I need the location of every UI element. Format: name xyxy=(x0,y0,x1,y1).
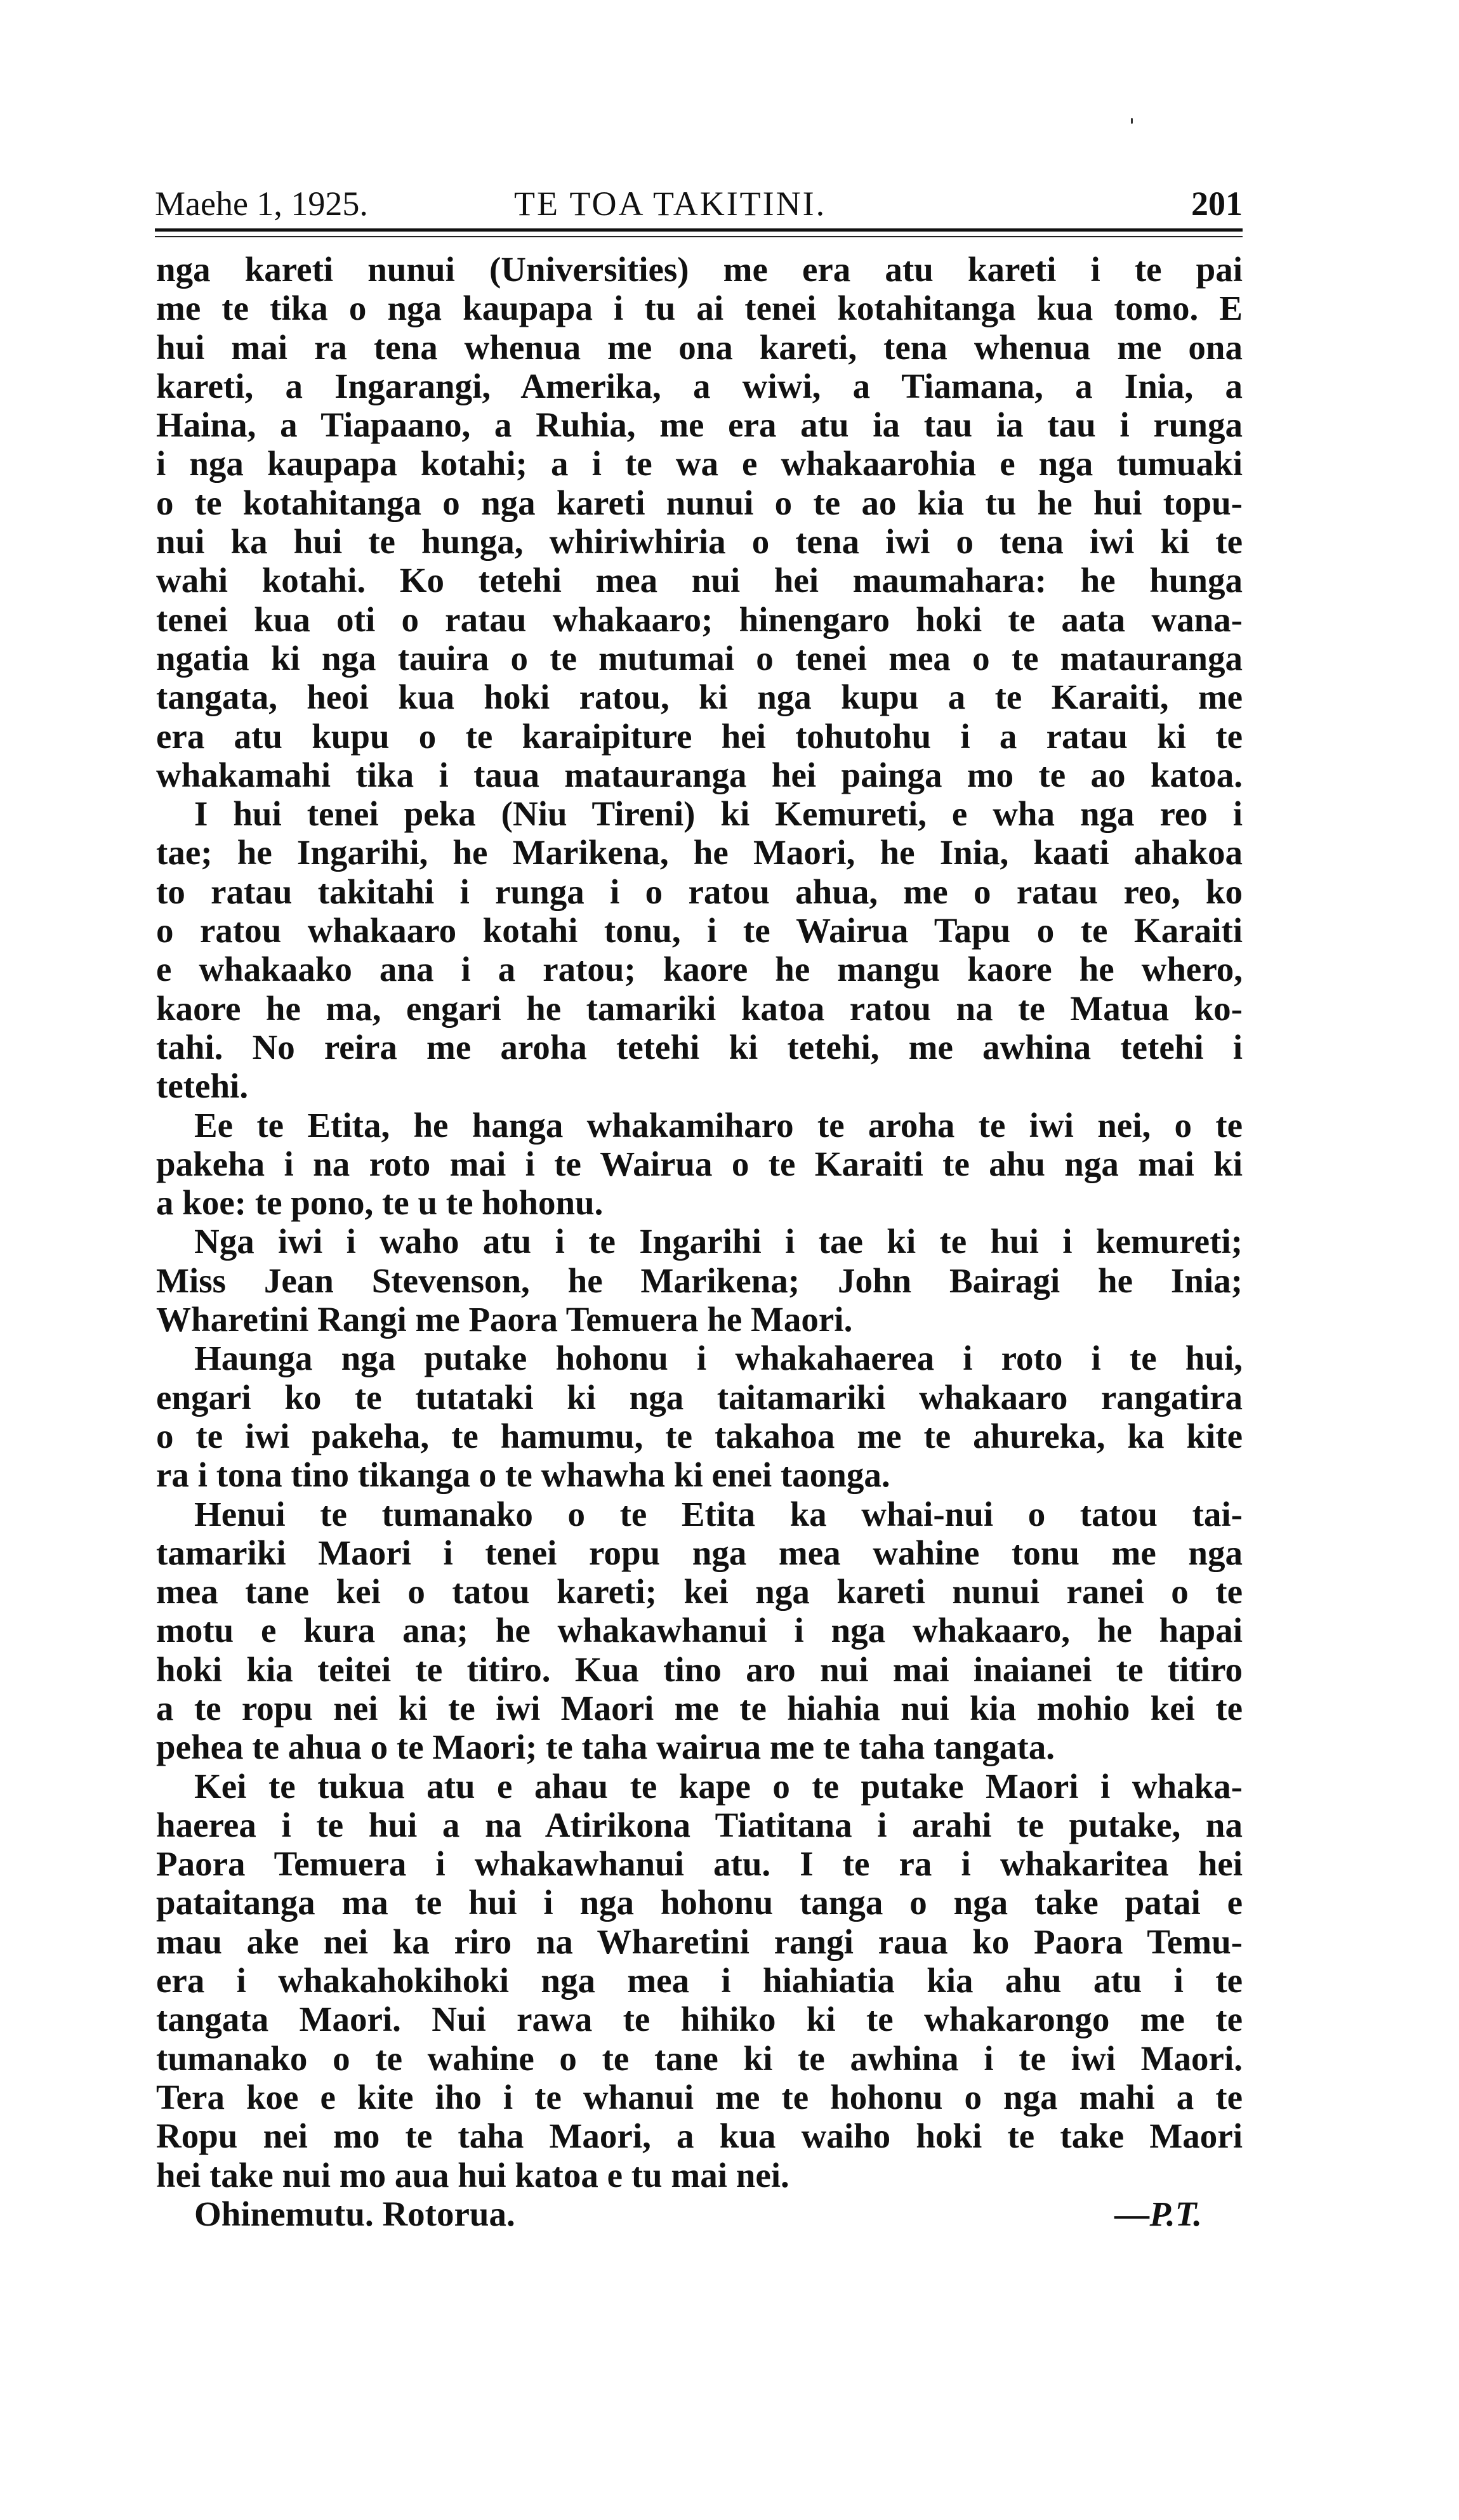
text-line: kareti, a Ingarangi, Amerika, a wiwi, a … xyxy=(156,367,1243,405)
text-line: Miss Jean Stevenson, he Marikena; John B… xyxy=(156,1261,1243,1300)
header-rule-thick xyxy=(155,228,1243,232)
text-line: o te iwi pakeha, te hamumu, te takahoa m… xyxy=(156,1417,1243,1455)
text-line: pataitanga ma te hui i nga hohonu tanga … xyxy=(156,1883,1243,1922)
text-line: Kei te tukua atu e ahau te kape o te put… xyxy=(156,1767,1243,1806)
text-line: kaore he ma, engari he tamariki katoa ra… xyxy=(156,989,1243,1028)
text-line: pehea te ahua o te Maori; te taha wairua… xyxy=(156,1728,1243,1766)
text-line: i nga kaupapa kotahi; a i te wa e whakaa… xyxy=(156,444,1243,483)
text-line: tangata Maori. Nui rawa te hihiko ki te … xyxy=(156,2000,1243,2038)
publication-title: TE TOA TAKITINI. xyxy=(514,184,826,223)
text-line: nui ka hui te hunga, whiriwhiria o tena … xyxy=(156,522,1243,561)
text-line: tahi. No reira me aroha tetehi ki tetehi… xyxy=(156,1028,1243,1066)
text-line: Ropu nei mo te taha Maori, a kua waiho h… xyxy=(156,2116,1243,2155)
signoff: Ohinemutu. Rotorua. —P.T. xyxy=(156,2195,1243,2233)
text-line: tetehi. xyxy=(156,1066,1243,1105)
text-line: Nga iwi i waho atu i te Ingarihi i tae k… xyxy=(156,1222,1243,1261)
print-speck xyxy=(1131,118,1133,124)
text-lines: nga kareti nunui (Universities) me era a… xyxy=(156,250,1243,2195)
text-line: tumanako o te wahine o te tane ki te awh… xyxy=(156,2039,1243,2078)
issue-date: Maehe 1, 1925. xyxy=(155,184,368,223)
page-number: 201 xyxy=(1191,184,1243,223)
signoff-place: Ohinemutu. Rotorua. xyxy=(194,2195,515,2233)
text-line: engari ko te tutataki ki nga taitamariki… xyxy=(156,1378,1243,1417)
text-line: I hui tenei peka (Niu Tireni) ki Kemuret… xyxy=(156,794,1243,833)
text-line: mau ake nei ka riro na Wharetini rangi r… xyxy=(156,1922,1243,1961)
text-line: ra i tona tino tikanga o te whawha ki en… xyxy=(156,1455,1243,1494)
text-line: tangata, heoi kua hoki ratou, ki nga kup… xyxy=(156,678,1243,716)
text-line: a te ropu nei ki te iwi Maori me te hiah… xyxy=(156,1689,1243,1728)
text-line: tenei kua oti o ratau whakaaro; hinengar… xyxy=(156,600,1243,639)
text-line: Haina, a Tiapaano, a Ruhia, me era atu i… xyxy=(156,405,1243,444)
text-line: nga kareti nunui (Universities) me era a… xyxy=(156,250,1243,289)
text-line: tamariki Maori i tenei ropu nga mea wahi… xyxy=(156,1533,1243,1572)
document-page: Maehe 1, 1925. TE TOA TAKITINI. 201 nga … xyxy=(0,0,1459,2520)
text-line: Henui te tumanako o te Etita ka whai-nui… xyxy=(156,1495,1243,1533)
text-line: motu e kura ana; he whakawhanui i nga wh… xyxy=(156,1611,1243,1650)
header-rule-thin xyxy=(155,236,1243,237)
text-line: haerea i te hui a na Atirikona Tiatitana… xyxy=(156,1806,1243,1844)
text-line: Wharetini Rangi me Paora Temuera he Maor… xyxy=(156,1300,1243,1339)
text-line: o te kotahitanga o nga kareti nunui o te… xyxy=(156,483,1243,522)
text-line: a koe: te pono, te u te hohonu. xyxy=(156,1183,1243,1222)
text-line: era atu kupu o te karaipiture hei tohuto… xyxy=(156,717,1243,756)
text-line: Haunga nga putake hohonu i whakahaerea i… xyxy=(156,1339,1243,1377)
text-line: hui mai ra tena whenua me ona kareti, te… xyxy=(156,328,1243,367)
text-line: mea tane kei o tatou kareti; kei nga kar… xyxy=(156,1572,1243,1611)
running-head: Maehe 1, 1925. TE TOA TAKITINI. 201 xyxy=(155,184,1243,223)
text-line: whakamahi tika i taua matauranga hei pai… xyxy=(156,756,1243,794)
text-line: to ratau takitahi i runga i o ratou ahua… xyxy=(156,872,1243,911)
text-line: Ee te Etita, he hanga whakamiharo te aro… xyxy=(156,1106,1243,1145)
text-line: Tera koe e kite iho i te whanui me te ho… xyxy=(156,2078,1243,2116)
text-line: hei take nui mo aua hui katoa e tu mai n… xyxy=(156,2156,1243,2195)
text-line: Paora Temuera i whakawhanui atu. I te ra… xyxy=(156,1844,1243,1883)
article-body: nga kareti nunui (Universities) me era a… xyxy=(156,250,1243,2233)
text-line: tae; he Ingarihi, he Marikena, he Maori,… xyxy=(156,833,1243,872)
text-line: pakeha i na roto mai i te Wairua o te Ka… xyxy=(156,1145,1243,1183)
text-line: e whakaako ana i a ratou; kaore he mangu… xyxy=(156,950,1243,988)
text-line: wahi kotahi. Ko tetehi mea nui hei mauma… xyxy=(156,561,1243,600)
text-line: ngatia ki nga tauira o te mutumai o tene… xyxy=(156,639,1243,678)
signoff-initials: —P.T. xyxy=(1114,2195,1202,2233)
text-line: me te tika o nga kaupapa i tu ai tenei k… xyxy=(156,289,1243,327)
text-line: hoki kia teitei te titiro. Kua tino aro … xyxy=(156,1650,1243,1689)
text-line: era i whakahokihoki nga mea i hiahiatia … xyxy=(156,1961,1243,2000)
text-line: o ratou whakaaro kotahi tonu, i te Wairu… xyxy=(156,911,1243,950)
